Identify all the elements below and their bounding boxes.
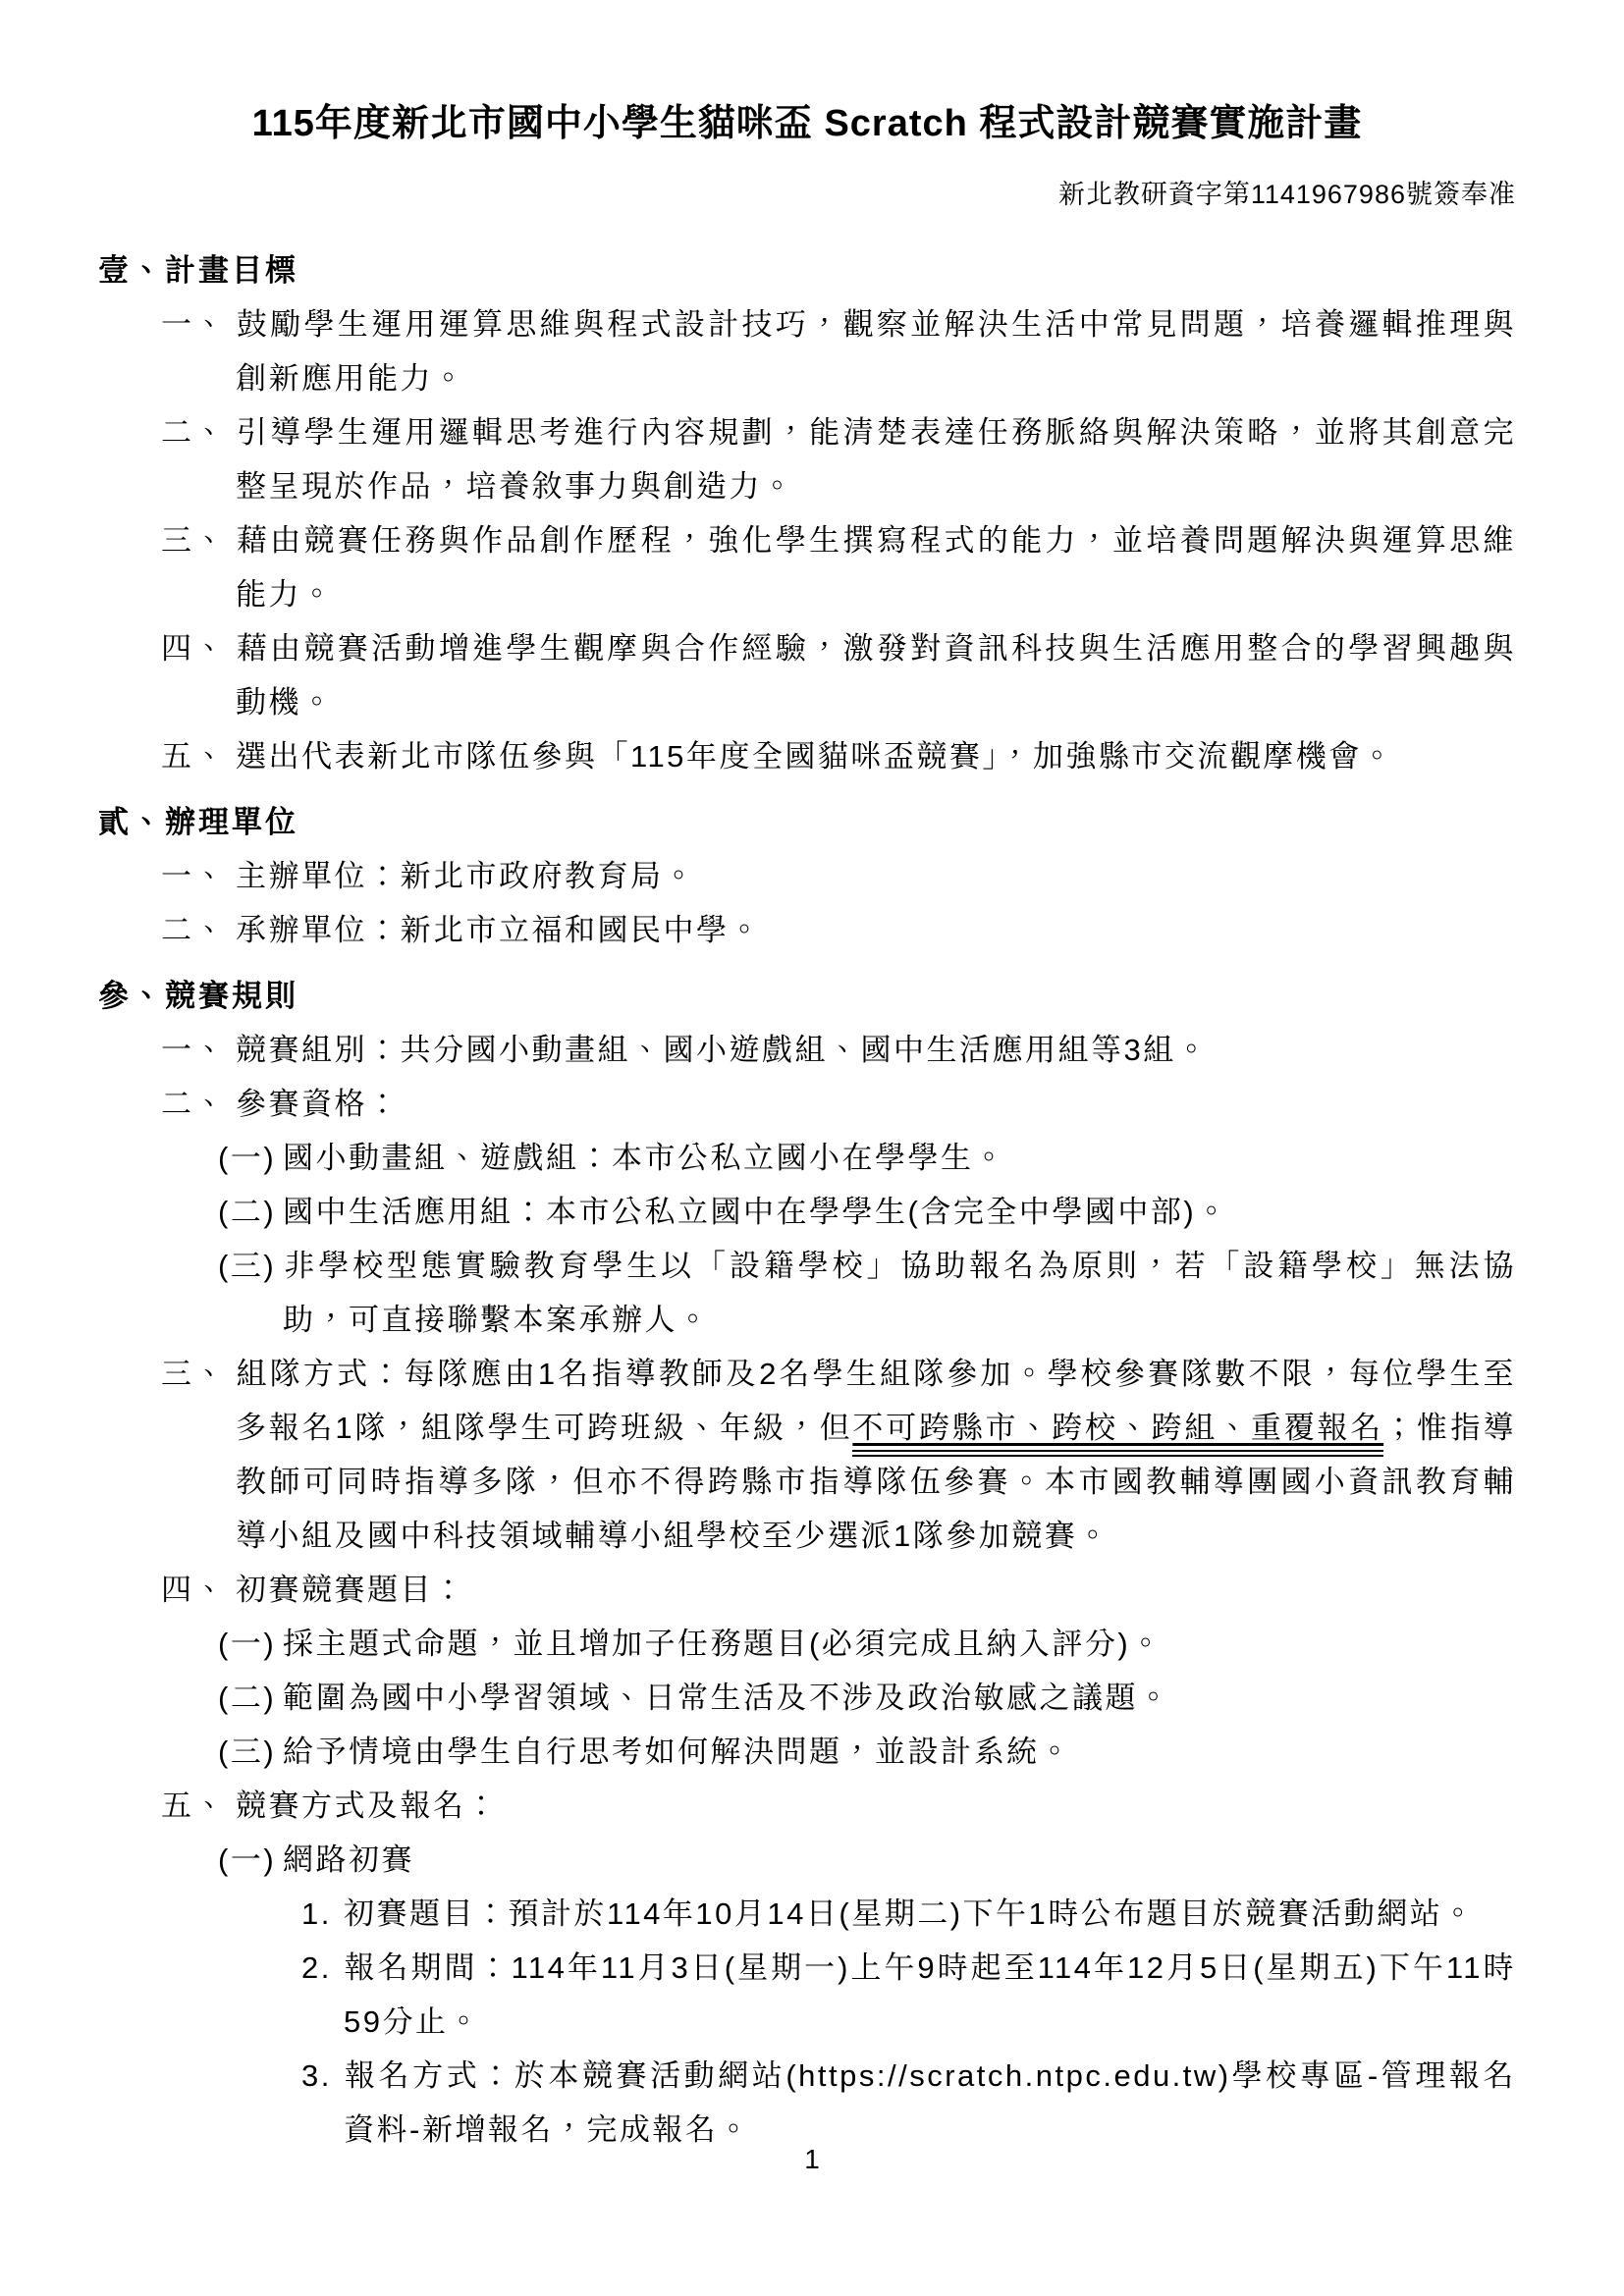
item-text: 網路初賽	[283, 1842, 414, 1877]
item-text: 國小動畫組、遊戲組：本市公私立國小在學學生。	[283, 1141, 1006, 1175]
document-body: 壹、計畫目標 一、鼓勵學生運用運算思維與程式設計技巧，觀察並解決生活中常見問題，…	[98, 243, 1516, 2157]
item-text: 引導學生運用邏輯思考進行內容規劃，能清楚表達任務脈絡與解決策略，並將其創意完整呈…	[236, 415, 1516, 504]
item-text: 主辦單位：新北市政府教育局。	[236, 859, 696, 893]
item-text: 初賽競賽題目：	[236, 1573, 466, 1607]
item-text: 競賽方式及報名：	[236, 1789, 499, 1823]
item-label: 五、	[161, 1779, 236, 1833]
emphasized-text: 不可跨縣市、跨校、跨組、重覆報名	[852, 1411, 1383, 1457]
item-text: 鼓勵學生運用運算思維與程式設計技巧，觀察並解決生活中常見問題，培養邏輯推理與創新…	[236, 307, 1516, 396]
item-label: 二、	[161, 903, 236, 957]
item-text: 報名方式：於本競賽活動網站(https://scratch.ntpc.edu.t…	[344, 2058, 1516, 2147]
item-label: (三)	[218, 1239, 283, 1293]
item-label: 一、	[161, 849, 236, 903]
page-number: 1	[0, 2143, 1624, 2176]
item-text: 藉由競賽活動增進學生觀摩與合作經驗，激發對資訊科技與生活應用整合的學習興趣與動機…	[236, 631, 1516, 720]
list-subitem: (一)國小動畫組、遊戲組：本市公私立國小在學學生。	[98, 1131, 1516, 1185]
list-subitem: (三)非學校型態實驗教育學生以「設籍學校」協助報名為原則，若「設籍學校」無法協助…	[98, 1239, 1516, 1347]
list-item: 一、鼓勵學生運用運算思維與程式設計技巧，觀察並解決生活中常見問題，培養邏輯推理與…	[98, 297, 1516, 405]
section-competition-rules: 參、競賽規則 一、競賽組別：共分國小動畫組、國小遊戲組、國中生活應用組等3組。 …	[98, 969, 1516, 2157]
item-label: 三、	[161, 1347, 236, 1401]
item-text: 非學校型態實驗教育學生以「設籍學校」協助報名為原則，若「設籍學校」無法協助，可直…	[283, 1249, 1516, 1337]
item-label: (一)	[218, 1617, 283, 1671]
item-text: 報名期間：114年11月3日(星期一)上午9時起至114年12月5日(星期五)下…	[344, 1950, 1516, 2039]
section-heading: 參、競賽規則	[98, 969, 1516, 1023]
list-item: 一、主辦單位：新北市政府教育局。	[98, 849, 1516, 903]
list-subitem: (一)採主題式命題，並且增加子任務題目(必須完成且納入評分)。	[98, 1617, 1516, 1671]
item-label: 四、	[161, 621, 236, 675]
item-label: (二)	[218, 1671, 283, 1725]
item-label: (三)	[218, 1725, 283, 1779]
item-text: 給予情境由學生自行思考如何解決問題，並設計系統。	[283, 1735, 1072, 1769]
list-item: 二、承辦單位：新北市立福和國民中學。	[98, 903, 1516, 957]
item-label: 3.	[301, 2049, 344, 2103]
section-heading: 壹、計畫目標	[98, 243, 1516, 297]
list-item: 一、競賽組別：共分國小動畫組、國小遊戲組、國中生活應用組等3組。	[98, 1023, 1516, 1077]
item-text: 國中生活應用組：本市公私立國中在學學生(含完全中學國中部)。	[283, 1195, 1229, 1229]
list-subitem: 3.報名方式：於本競賽活動網站(https://scratch.ntpc.edu…	[98, 2049, 1516, 2157]
item-label: 一、	[161, 297, 236, 351]
item-label: 一、	[161, 1023, 236, 1077]
item-label: 五、	[161, 729, 236, 783]
document-page: 115年度新北市國中小學生貓咪盃 Scratch 程式設計競賽實施計畫 新北教研…	[0, 0, 1624, 2296]
item-text: 藉由競賽任務與作品創作歷程，強化學生撰寫程式的能力，並培養問題解決與運算思維能力…	[236, 523, 1516, 612]
item-text: 採主題式命題，並且增加子任務題目(必須完成且納入評分)。	[283, 1627, 1164, 1661]
list-item: 四、初賽競賽題目：	[98, 1563, 1516, 1617]
item-text: 競賽組別：共分國小動畫組、國小遊戲組、國中生活應用組等3組。	[236, 1033, 1209, 1067]
item-label: (一)	[218, 1833, 283, 1887]
list-item: 五、選出代表新北市隊伍參與「115年度全國貓咪盃競賽」，加強縣市交流觀摩機會。	[98, 729, 1516, 783]
section-plan-objectives: 壹、計畫目標 一、鼓勵學生運用運算思維與程式設計技巧，觀察並解決生活中常見問題，…	[98, 243, 1516, 783]
item-text: 選出代表新北市隊伍參與「115年度全國貓咪盃競賽」，加強縣市交流觀摩機會。	[236, 739, 1394, 774]
list-item: 三、藉由競賽任務與作品創作歷程，強化學生撰寫程式的能力，並培養問題解決與運算思維…	[98, 513, 1516, 621]
list-subitem: 1.初賽題目：預計於114年10月14日(星期二)下午1時公布題目於競賽活動網站…	[98, 1887, 1516, 1941]
item-text: 初賽題目：預計於114年10月14日(星期二)下午1時公布題目於競賽活動網站。	[344, 1896, 1476, 1931]
page-title: 115年度新北市國中小學生貓咪盃 Scratch 程式設計競賽實施計畫	[98, 98, 1516, 149]
list-subitem: (一)網路初賽	[98, 1833, 1516, 1887]
item-label: 1.	[301, 1887, 344, 1941]
approval-number: 新北教研資字第1141967986號簽奉准	[98, 175, 1516, 214]
item-label: 2.	[301, 1941, 344, 1995]
item-label: 二、	[161, 1077, 236, 1131]
item-text: 參賽資格：	[236, 1087, 401, 1121]
list-subitem: (二)國中生活應用組：本市公私立國中在學學生(含完全中學國中部)。	[98, 1185, 1516, 1239]
item-label: (一)	[218, 1131, 283, 1185]
list-subitem: (二)範圍為國中小學習領域、日常生活及不涉及政治敏感之議題。	[98, 1671, 1516, 1725]
list-item: 二、引導學生運用邏輯思考進行內容規劃，能清楚表達任務脈絡與解決策略，並將其創意完…	[98, 405, 1516, 513]
item-text: 承辦單位：新北市立福和國民中學。	[236, 913, 762, 947]
list-item: 二、參賽資格：	[98, 1077, 1516, 1131]
section-organizers: 貳、辦理單位 一、主辦單位：新北市政府教育局。 二、承辦單位：新北市立福和國民中…	[98, 795, 1516, 957]
list-item: 三、組隊方式：每隊應由1名指導教師及2名學生組隊參加。學校參賽隊數不限，每位學生…	[98, 1347, 1516, 1563]
item-label: (二)	[218, 1185, 283, 1239]
item-text: 範圍為國中小學習領域、日常生活及不涉及政治敏感之議題。	[283, 1681, 1171, 1715]
item-label: 二、	[161, 405, 236, 459]
list-item: 四、藉由競賽活動增進學生觀摩與合作經驗，激發對資訊科技與生活應用整合的學習興趣與…	[98, 621, 1516, 729]
list-subitem: 2.報名期間：114年11月3日(星期一)上午9時起至114年12月5日(星期五…	[98, 1941, 1516, 2049]
section-heading: 貳、辦理單位	[98, 795, 1516, 849]
item-label: 四、	[161, 1563, 236, 1617]
list-subitem: (三)給予情境由學生自行思考如何解決問題，並設計系統。	[98, 1725, 1516, 1779]
item-label: 三、	[161, 513, 236, 567]
list-item: 五、競賽方式及報名：	[98, 1779, 1516, 1833]
